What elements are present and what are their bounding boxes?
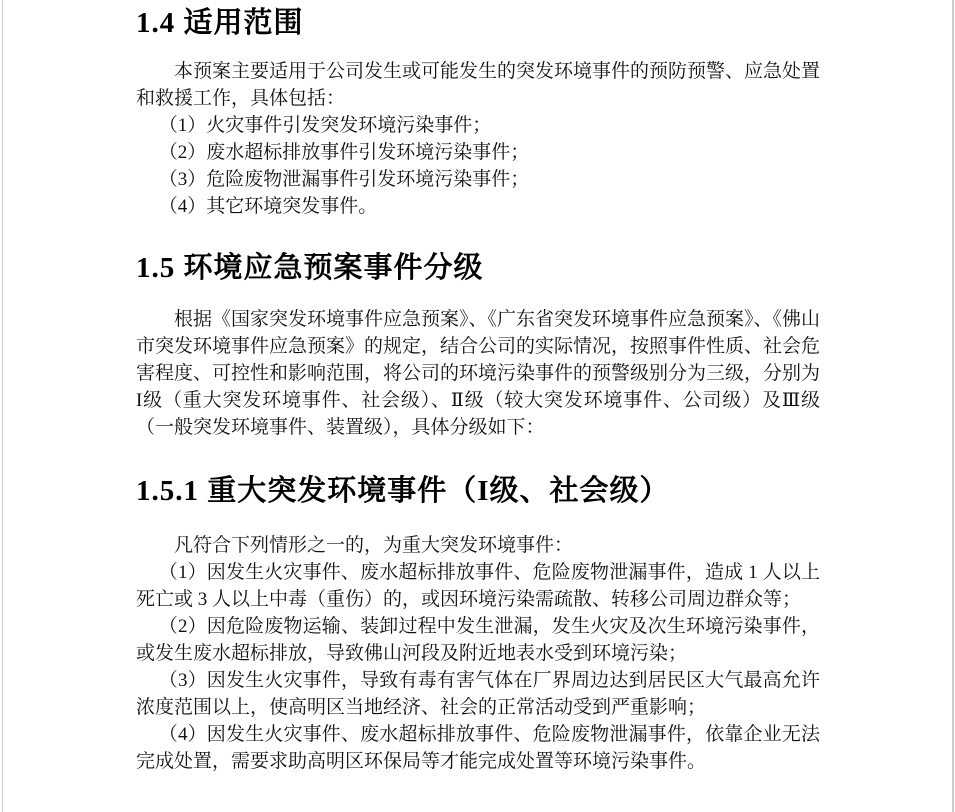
paragraph-major-event-intro: 凡符合下列情形之一的，为重大突发环境事件： — [136, 532, 820, 559]
section-heading-1-5-1: 1.5.1 重大突发环境事件（I级、社会级） — [136, 472, 820, 510]
list-item-major-1: （1）因发生火灾事件、废水超标排放事件、危险废物泄漏事件，造成 1 人以上死亡或… — [136, 559, 820, 613]
list-item-scope-3: （3）危险废物泄漏事件引发环境污染事件； — [136, 166, 820, 193]
page-left-edge — [2, 0, 3, 812]
section-heading-1-4: 1.4 适用范围 — [136, 4, 820, 42]
list-item-scope-1: （1）火灾事件引发突发环境污染事件； — [136, 112, 820, 139]
paragraph-grading-basis: 根据《国家突发环境事件应急预案》、《广东省突发环境事件应急预案》、《佛山市突发环… — [136, 306, 820, 441]
document-content: 1.4 适用范围 本预案主要适用于公司发生或可能发生的突发环境事件的预防预警、应… — [136, 4, 820, 775]
list-item-scope-4: （4）其它环境突发事件。 — [136, 193, 820, 220]
list-item-major-3: （3）因发生火灾事件，导致有毒有害气体在厂界周边达到居民区大气最高允许浓度范围以… — [136, 667, 820, 721]
page-right-edge — [952, 0, 954, 812]
section-heading-1-5: 1.5 环境应急预案事件分级 — [136, 249, 820, 287]
document-page: 1.4 适用范围 本预案主要适用于公司发生或可能发生的突发环境事件的预防预警、应… — [0, 0, 955, 812]
list-item-scope-2: （2）废水超标排放事件引发环境污染事件； — [136, 139, 820, 166]
list-item-major-2: （2）因危险废物运输、装卸过程中发生泄漏，发生火灾及次生环境污染事件，或发生废水… — [136, 613, 820, 667]
paragraph-scope-intro: 本预案主要适用于公司发生或可能发生的突发环境事件的预防预警、应急处置和救援工作，… — [136, 58, 820, 112]
list-item-major-4: （4）因发生火灾事件、废水超标排放事件、危险废物泄漏事件，依靠企业无法完成处置，… — [136, 721, 820, 775]
